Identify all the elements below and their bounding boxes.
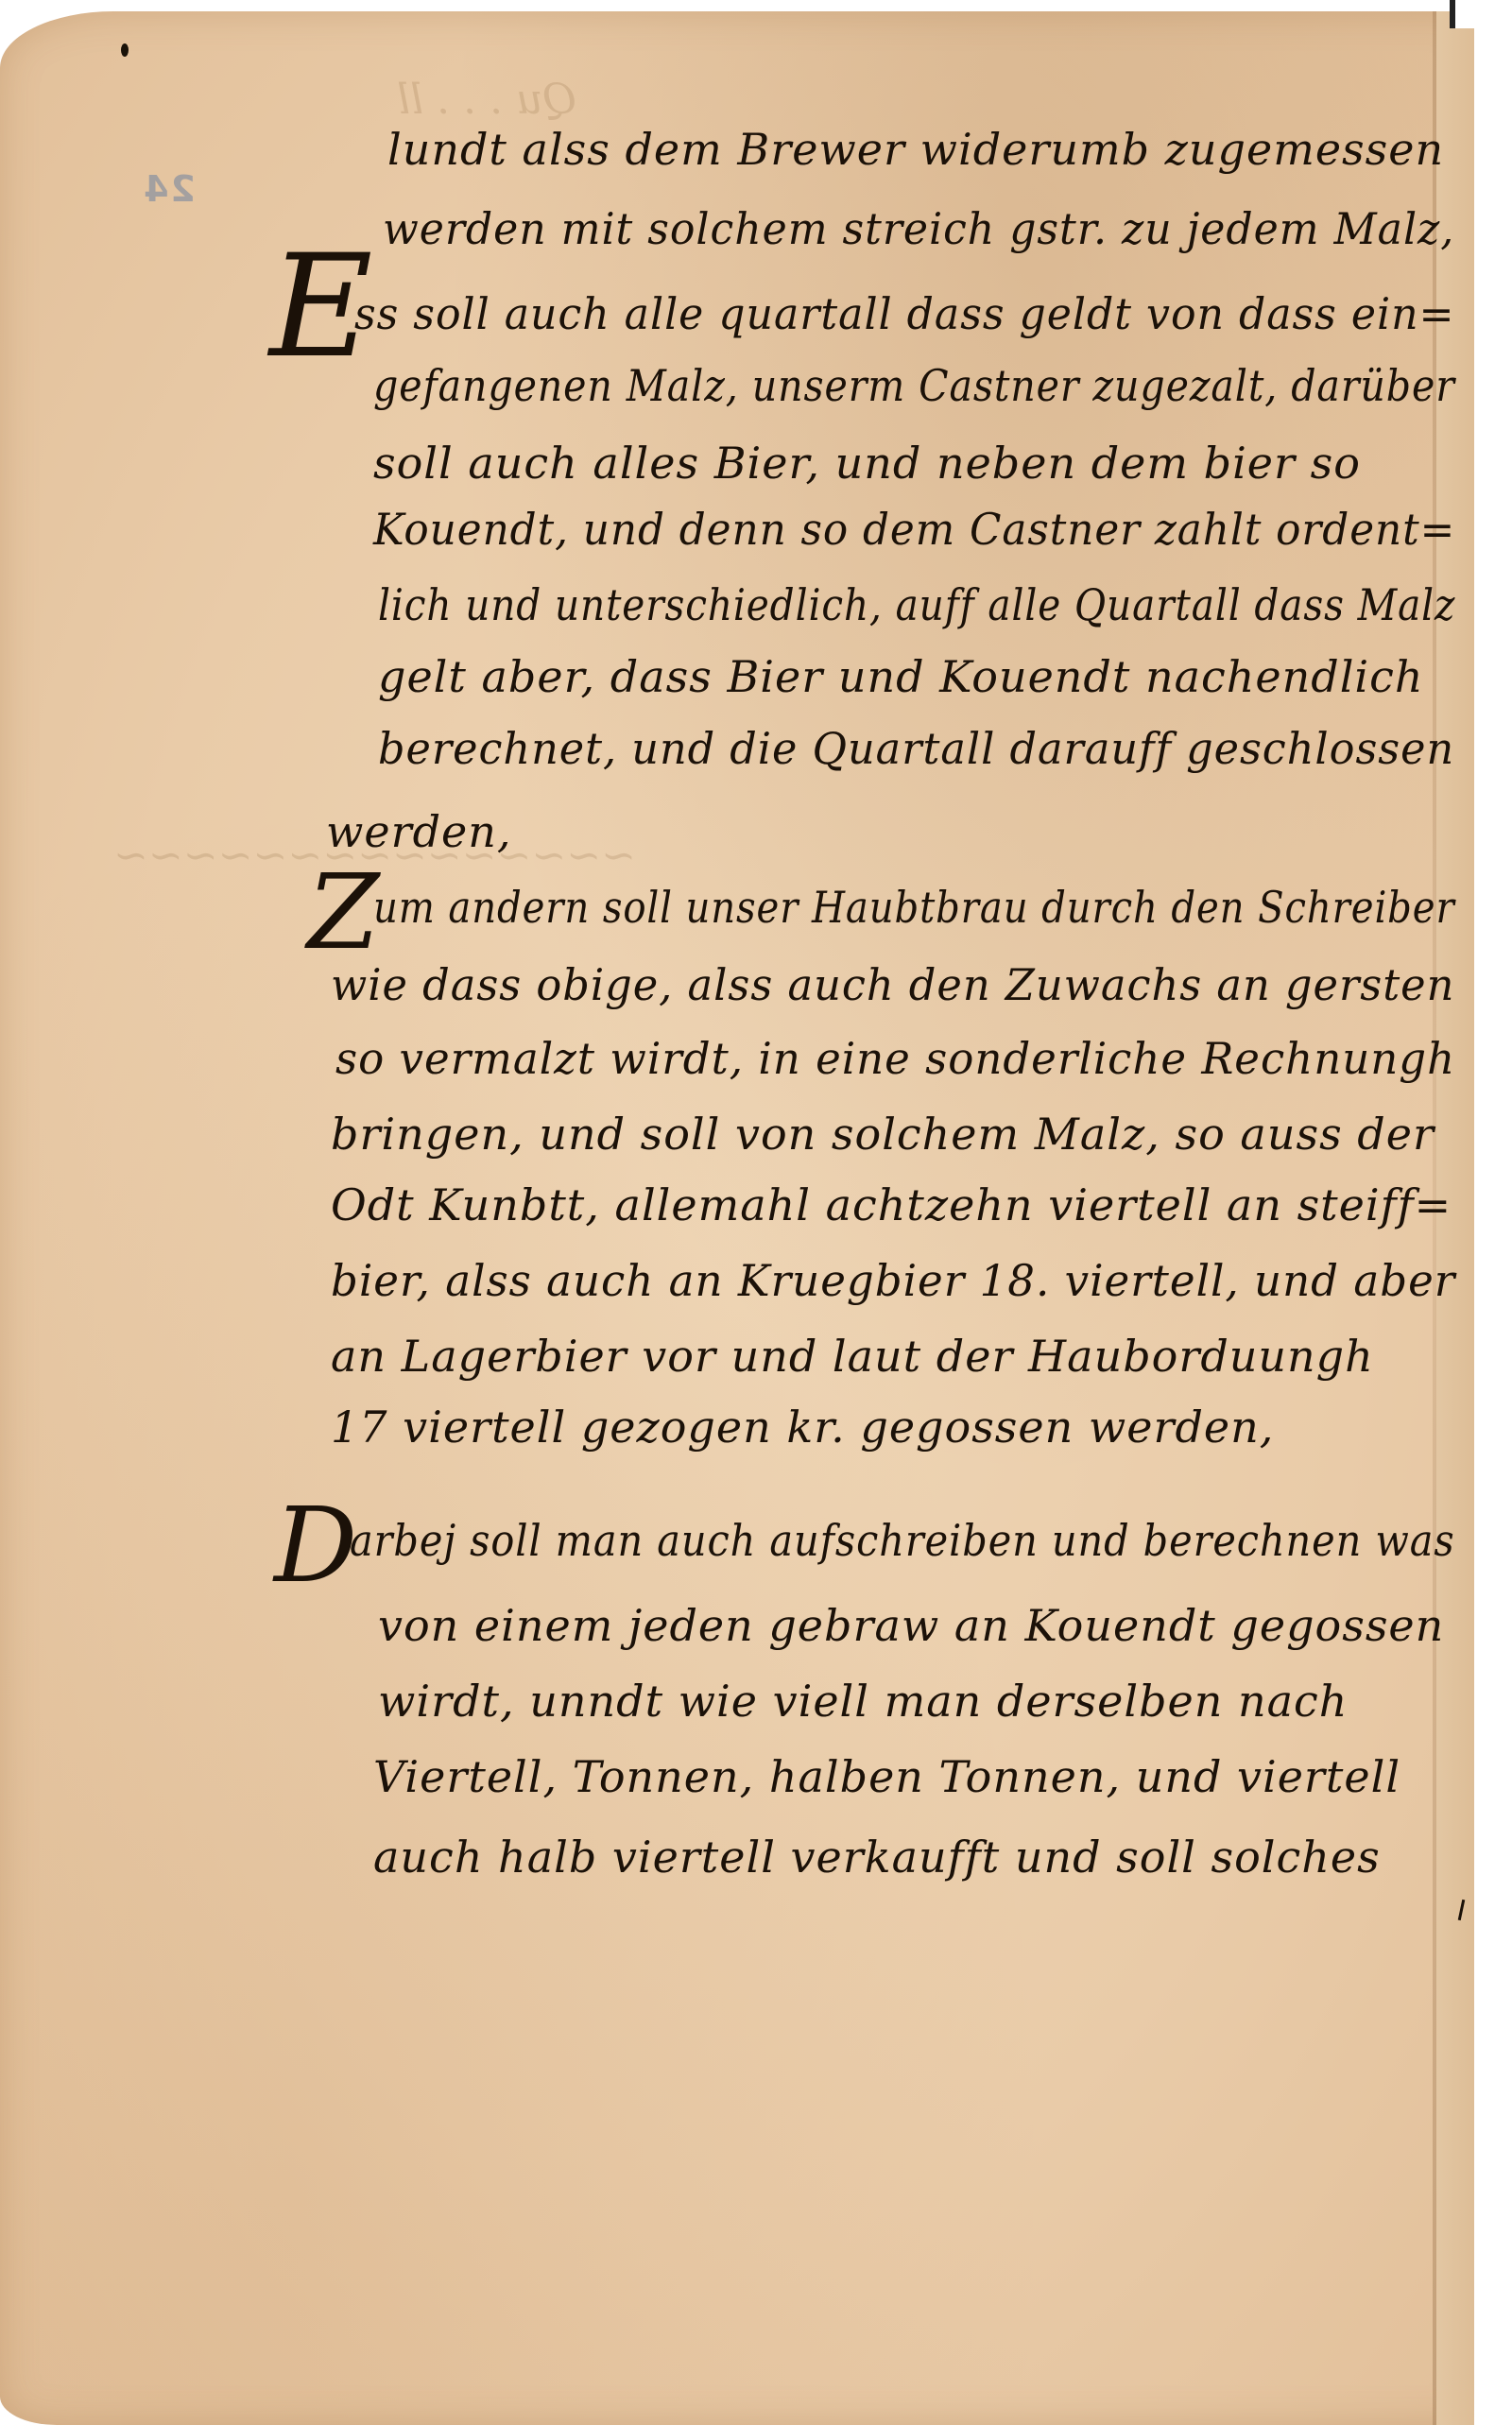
manuscript-line: an Lagerbier vor und laut der Hauborduun… bbox=[331, 1328, 1374, 1384]
page-tab-marker bbox=[1450, 0, 1512, 28]
manuscript-line: lundt alss dem Brewer widerumb zugemesse… bbox=[387, 121, 1444, 178]
manuscript-line: bringen, und soll von solchem Malz, so a… bbox=[331, 1106, 1435, 1162]
manuscript-line: gelt aber, dass Bier und Kouendt nachend… bbox=[378, 648, 1424, 705]
manuscript-line: Viertell, Tonnen, halben Tonnen, und vie… bbox=[373, 1748, 1400, 1805]
ink-blot bbox=[121, 43, 129, 57]
decorated-initial: D bbox=[274, 1474, 357, 1616]
manuscript-line: lich und unterschiedlich, auff alle Quar… bbox=[378, 576, 1455, 633]
manuscript-line: auch halb viertell verkaufft und soll so… bbox=[373, 1829, 1381, 1885]
manuscript-line: arbej soll man auch aufschreiben und ber… bbox=[350, 1512, 1455, 1569]
manuscript-line: soll auch alles Bier, und neben dem bier… bbox=[373, 435, 1361, 491]
manuscript-scan: 24 Qu . . . ll ~~~~~~~~~~~~~~~ lundt als… bbox=[0, 0, 1512, 2425]
manuscript-line: bier, alss auch an Kruegbier 18. viertel… bbox=[331, 1252, 1455, 1309]
manuscript-line: wirdt, unndt wie viell man derselben nac… bbox=[378, 1673, 1348, 1729]
manuscript-line: 17 viertell gezogen kr. gegossen werden, bbox=[331, 1399, 1274, 1455]
manuscript-line: von einem jeden gebraw an Kouendt gegoss… bbox=[378, 1597, 1444, 1654]
manuscript-line: so vermalzt wirdt, in eine sonderliche R… bbox=[335, 1030, 1455, 1087]
manuscript-line: Kouendt, und denn so dem Castner zahlt o… bbox=[373, 501, 1455, 558]
manuscript-line: berechnet, und die Quartall darauff gesc… bbox=[378, 720, 1454, 777]
manuscript-line: gefangenen Malz, unserm Castner zugezalt… bbox=[373, 357, 1455, 414]
manuscript-line: wie dass obige, alss auch den Zuwachs an… bbox=[331, 956, 1454, 1013]
bleedthrough-text: Qu . . . ll bbox=[397, 76, 576, 124]
manuscript-line: um andern soll unser Haubtbrau durch den… bbox=[373, 879, 1455, 936]
folio-number-bleedthrough: 24 bbox=[142, 168, 196, 210]
manuscript-line: werden mit solchem streich gstr. zu jede… bbox=[383, 200, 1454, 257]
manuscript-line: Odt Kunbtt, allemahl achtzehn viertell a… bbox=[331, 1177, 1452, 1233]
manuscript-line: ss soll auch alle quartall dass geldt vo… bbox=[354, 285, 1455, 342]
